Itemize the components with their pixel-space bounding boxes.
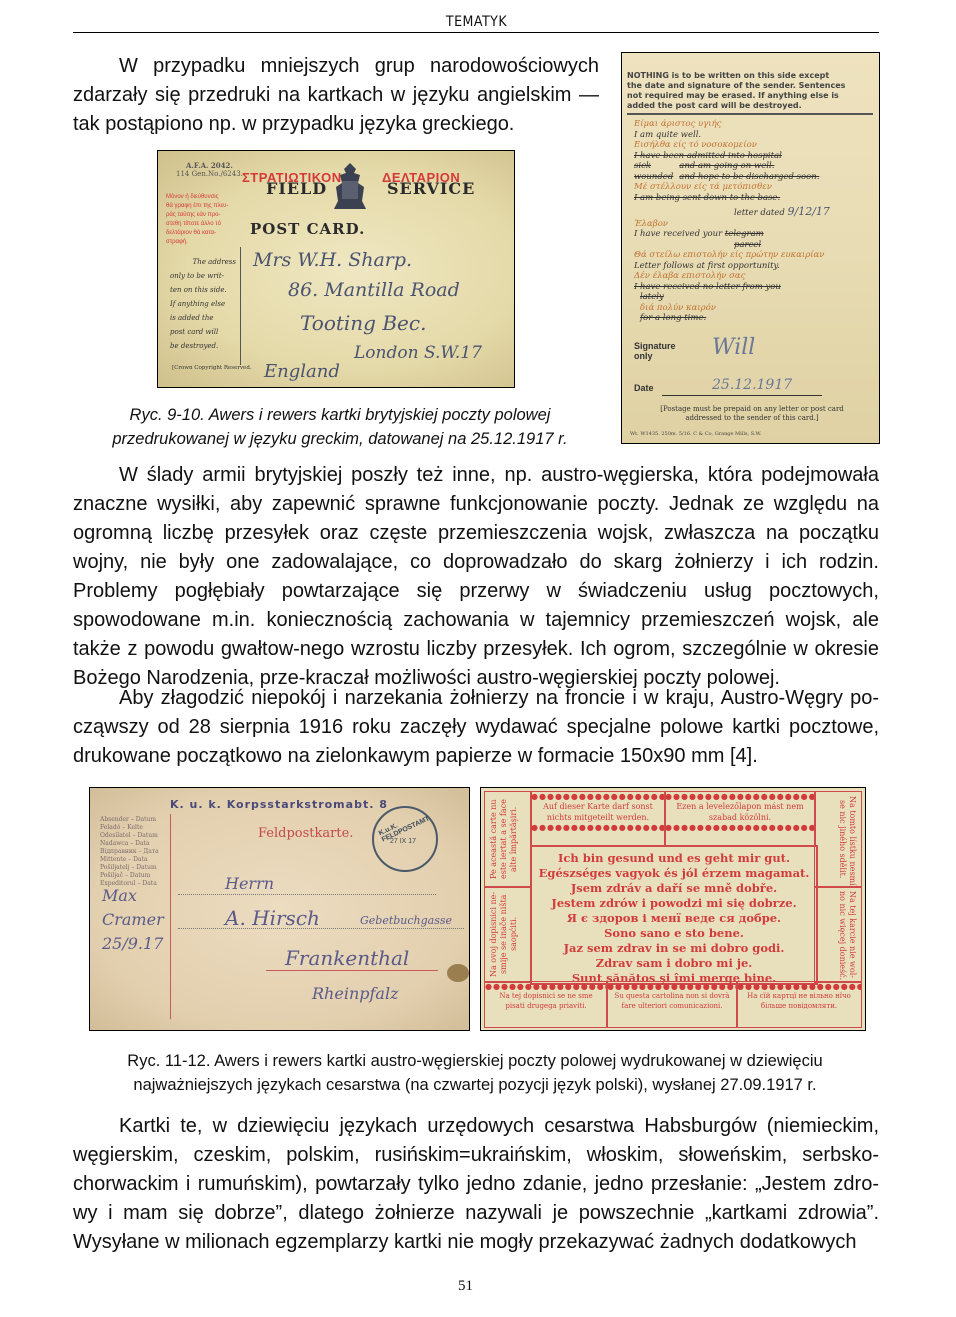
caption-fig-11-12: Ryc. 11-12. Awers i rewers kartki austro… [60,1049,890,1097]
address-line-3: Tooting Bec. [300,311,426,335]
figure-austro-hungarian-postcard-reverse: Pe această carte nueste iertat a se face… [480,787,866,1031]
english-address-note: The addressonly to be writ-ten on this s… [170,255,236,353]
royal-coat-of-arms [328,161,372,213]
postage-note: [Postage must be prepaid on any letter o… [634,405,870,423]
message-options: Είμαι άριστος υγιής I am quite well. Εισ… [634,119,874,324]
msg-italian: Sono sano e sto bene. [532,926,816,941]
postmark-stamp: K.u.K. FELDPOSTAMT 27 IX 17 [372,806,438,872]
address-line-rule-3 [266,970,438,971]
unit-stamp: K. u. k. Korpsstarkstromabt. 8 [170,798,388,811]
main-message-box: Ich bin gesund und es geht mir gut. Egés… [530,845,818,985]
msg-german: Ich bin gesund und es geht mir gut. [532,851,816,866]
side-box-romanian: Pe această carte nueste iertat a se face… [484,791,532,888]
figure-british-postcard-reverse: NOTHING is to be written on this side ex… [621,52,880,444]
figure-british-postcard-front: A.F.A. 2042. 114 Gen.No./6243. ΣΤΡΑΤΙΩΤΙ… [157,150,515,388]
top-box-german: ●●●●●●●●●●●●●●●●●●●●● Auf dieser Karte d… [530,791,666,847]
sender-languages: Absender – DatumFeladó – KelteOdesílatel… [100,816,168,888]
sender-divider [170,814,171,1019]
msg-ruthenian: Я є здоров і менї веде ся добре. [532,911,816,926]
msg-czech: Jsem zdráv a daří se mně dobře. [532,881,816,896]
caption-fig-9-10: Ryc. 9-10. Awers i rewers kartki brytyjs… [60,403,620,451]
bottom-box-italian: ●●●●●●●●●●●●●●●●●●●●● Su questa cartolin… [606,981,738,1028]
date-rule [662,395,822,396]
bottom-box-slovenian: ●●●●●●●●●●●●●●●●●●●●● Na tej dopisnici s… [484,981,608,1028]
sender-handwriting: MaxCramer25/9.17 [102,884,164,956]
signature-value: Will [712,335,755,360]
field-label: FIELD [266,179,327,198]
paragraph-4: Kartki te, w dziewięciu językach urzędow… [73,1112,879,1257]
address-line-1: Mrs W.H. Sharp. [253,249,412,271]
figure-austro-hungarian-postcard-front: K. u. k. Korpsstarkstromabt. 8 Feldpostk… [89,787,470,1031]
side-box-czech: Na tomto lístku nesmíse nic jiného sděli… [814,791,862,888]
recipient-name: A. Hirsch [225,906,320,930]
address-divider [240,247,241,365]
recipient-street: Gebetbuchgasse [360,914,452,927]
header-rule [73,32,879,33]
general-number: 114 Gen.No./6243. [176,170,243,178]
form-number: A.F.A. 2042. [186,161,233,170]
running-title: TEMATYK [74,14,879,30]
date-label: Date [634,383,654,393]
post-card-label: POST CARD. [250,220,365,238]
recipient-title: Herrn [225,874,274,893]
warning-rule [627,113,873,115]
paragraph-2: W ślady armii brytyjskiej poszły też inn… [73,461,879,693]
msg-polish: Jestem zdrów i powodzi mi się dobrze. [532,896,816,911]
paragraph-2-text: W ślady armii brytyjskiej poszły też inn… [73,464,879,689]
feldpostkarte-title: Feldpostkarte. [258,826,353,841]
copyright-note: [Crown Copyright Reserved. [172,365,252,371]
msg-croatian: Zdrav sam i dobro mi je. [532,956,816,971]
warning-text: NOTHING is to be written on this side ex… [627,71,873,111]
greek-address-note: Μόνον ή διεύθυνσιςθά γραφη έπι της πλευ-… [166,193,244,247]
address-line-rule-1 [178,894,436,895]
top-box-hungarian: ●●●●●●●●●●●●●●●●●●●●● Ezen a levelezőlap… [664,791,816,847]
signature-label: Signature only [634,341,688,361]
paragraph-3: Aby złagodzić niepokój i narzekania żołn… [73,684,879,771]
bottom-box-ruthenian: ●●●●●●●●●●●●●●●●●●●●● На сїй картцї не в… [736,981,862,1028]
paragraph-1: W przypadku mniejszych grup narodowościo… [73,52,599,139]
page-number: 51 [458,1278,473,1295]
msg-slovenian: Jaz sem zdrav in se mi dobro godi. [532,941,816,956]
address-line-5: England [264,361,340,382]
paragraph-3-text: Aby złagodzić niepokój i narzekania żołn… [73,687,879,767]
stain [447,964,469,982]
recipient-city: Frankenthal [285,946,409,970]
paragraph-4-text: Kartki te, w dziewięciu językach urzędow… [73,1115,879,1253]
side-box-polish: Na tej karcie nie wol-no nic więcej doni… [814,886,862,983]
address-line-rule-2 [178,928,464,929]
service-label: SERVICE [387,179,475,198]
paragraph-1-text: W przypadku mniejszych grup narodowościo… [73,55,599,135]
msg-hungarian: Egészséges vagyok és jól érzem magamat. [532,866,816,881]
recipient-region: Rheinpfalz [312,984,399,1003]
side-box-croatian: Na ovoj dopisnici ne-smije se inače ništ… [484,886,532,983]
address-line-2: 86. Mantilla Road [288,279,460,301]
printer-line: Wt. W1435. 250m. 5/16. C & Co, Grange Mi… [630,431,761,437]
address-line-4: London S.W.17 [354,343,482,363]
date-value: 25.12.1917 [712,377,792,393]
